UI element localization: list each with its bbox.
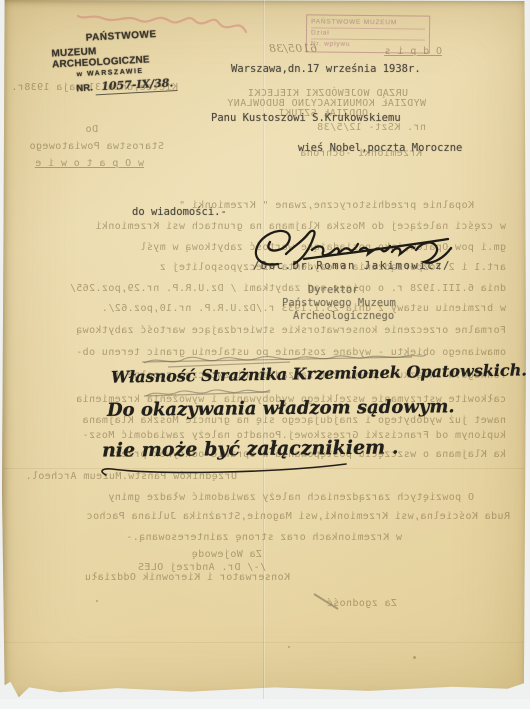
scanner-background [0,699,530,709]
paper-stain [96,600,98,602]
museum-ink-stamp: PAŃSTWOWE MUZEUM ARCHEOLOGICZNE w WARSZA… [48,27,191,95]
receipt-stamp-line: Nr. wpływu [311,39,425,50]
horizontal-crease [4,642,524,643]
recipient-address: wieś Nobel,poczta Moroczne [298,142,462,154]
recipient-line: Panu Kustoszowi S.Krukowskiemu [211,112,401,124]
ink-underline-swoosh [96,458,352,478]
receipt-stamp: PAŃSTWOWE MUZEUM Dział Nr. wpływu [306,14,430,53]
annotation-line: do wiadomości.- [132,206,227,218]
dateline: Warszawa,dn.17 września 1938r. [231,63,421,75]
signature-title: Dyrektor [308,284,359,296]
handwritten-note: Do okazywania władzom sądowym. [107,396,455,421]
signature-title: Państwowego Muzeum [282,297,396,309]
stamp-nr-label: NR. [76,82,93,94]
handwritten-signature [248,224,453,272]
paper-stain [288,646,290,648]
signature-title: Archeologicznego [293,310,394,322]
scanned-letter-page: O d p i s6105/38Kielce,dnia 31 maja 1938… [0,0,530,709]
paper-stain [413,656,416,659]
